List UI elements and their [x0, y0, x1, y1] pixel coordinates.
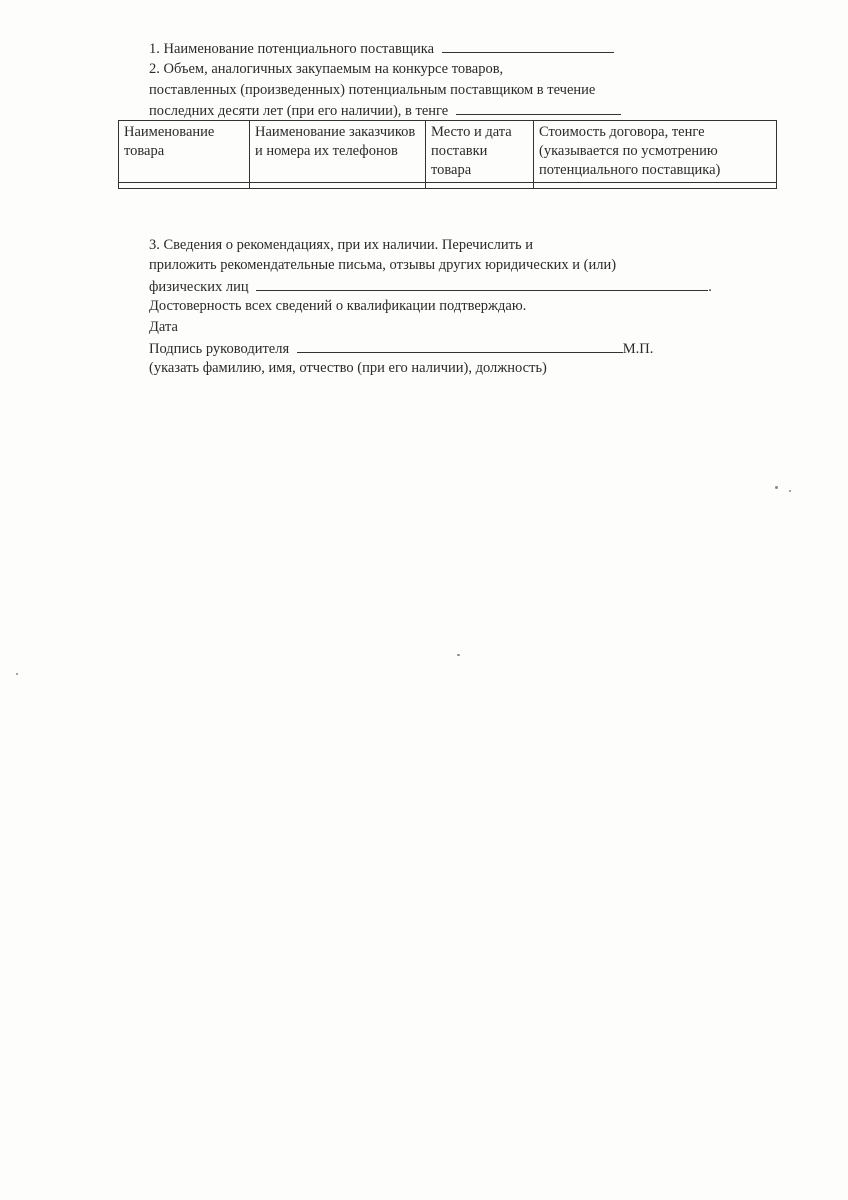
volume-heading-line2: поставленных (произведенных) потенциальн…	[149, 80, 595, 100]
scan-speck	[16, 673, 18, 675]
header-goods-name: Наименование товара	[119, 121, 250, 183]
table-row	[119, 183, 777, 189]
recommendations-field[interactable]	[256, 276, 708, 291]
supplier-name-field[interactable]	[442, 38, 614, 53]
supplier-name-row: 1. Наименование потенциального поставщик…	[149, 38, 614, 59]
scan-speck	[775, 486, 778, 489]
signature-row: Подпись руководителя М.П.	[149, 338, 653, 359]
cell-place-date[interactable]	[426, 183, 534, 189]
recommendations-line3: физических лиц	[149, 279, 249, 295]
volume-heading-line3-row: последних десяти лет (при его наличии), …	[149, 100, 621, 121]
scan-speck	[457, 654, 460, 656]
table-header-row: Наименование товара Наименование заказчи…	[119, 121, 777, 183]
signature-label: Подпись руководителя	[149, 341, 289, 357]
recommendations-line3-row: физических лиц .	[149, 276, 712, 297]
header-customers: Наименование заказчиков и номера их теле…	[250, 121, 426, 183]
scan-speck	[789, 490, 791, 492]
signature-field[interactable]	[297, 338, 623, 353]
volume-amount-field[interactable]	[456, 100, 621, 115]
cell-goods-name[interactable]	[119, 183, 250, 189]
volume-heading-line1: 2. Объем, аналогичных закупаемым на конк…	[149, 59, 503, 79]
header-contract-cost: Стоимость договора, тенге (указывается п…	[534, 121, 777, 183]
stamp-label: М.П.	[623, 341, 654, 357]
recommendations-period: .	[708, 279, 712, 295]
cell-customers[interactable]	[250, 183, 426, 189]
supplies-table: Наименование товара Наименование заказчи…	[118, 120, 777, 189]
supplier-name-label: 1. Наименование потенциального поставщик…	[149, 41, 434, 57]
recommendations-line1: 3. Сведения о рекомендациях, при их нали…	[149, 235, 533, 255]
confirmation-text: Достоверность всех сведений о квалификац…	[149, 296, 526, 316]
volume-heading-line3: последних десяти лет (при его наличии), …	[149, 103, 448, 119]
recommendations-line2: приложить рекомендательные письма, отзыв…	[149, 255, 616, 275]
signature-note: (указать фамилию, имя, отчество (при его…	[149, 358, 547, 378]
header-place-date: Место и дата поставки товара	[426, 121, 534, 183]
date-label: Дата	[149, 317, 178, 337]
cell-contract-cost[interactable]	[534, 183, 777, 189]
